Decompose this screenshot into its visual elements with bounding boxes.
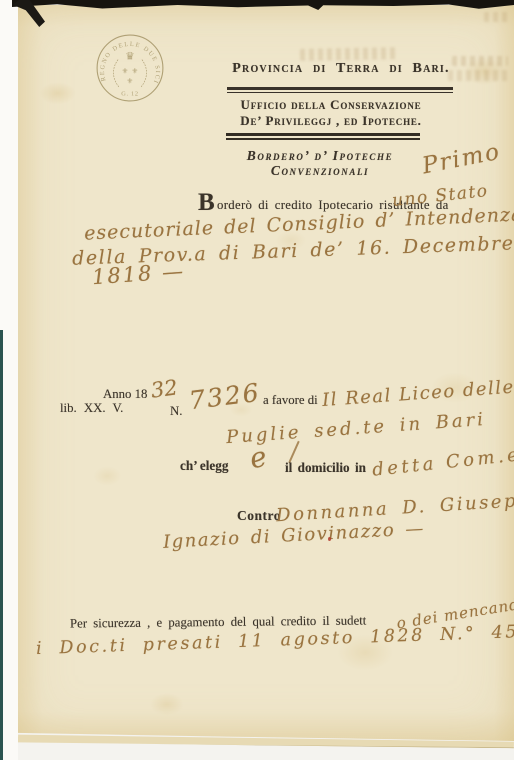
office-line2: De’ Privileggj , ed Ipoteche. [230,114,432,128]
red-ink-speck [328,537,331,541]
contro-label: Contro [237,509,281,523]
crown-icon: ♛ [125,51,134,63]
favore-label: a favore di [263,394,318,407]
domicilio-label: il domicilio in [285,461,366,475]
bleedthrough-smudge [484,12,510,22]
bleedthrough-smudge [448,70,508,81]
scan-left-edge-line [0,330,3,760]
seal-value: G. 12 [121,90,139,97]
office-line1: Ufficio della Conservazione [230,98,432,112]
wreath-left [113,60,118,87]
wreath-right [141,60,146,87]
doc-title-line2: Convenzionali [230,164,410,178]
bleedthrough-smudge [452,56,508,66]
intro-initial: B [198,190,215,216]
elegg-label: ch’ elegg [180,459,228,473]
anno-label: Anno 18 [103,388,147,401]
fleur-de-lis-icon: ⚜ [127,76,134,85]
fleur-de-lis-icon: ⚜ [122,67,129,76]
header-rule-2 [226,133,420,140]
bleedthrough-smudge [300,47,396,61]
handwritten-anno-value: 32 [150,377,179,402]
header-rule [227,87,453,93]
province-title: Provincia di Terra di Bari. [228,62,454,77]
fleur-de-lis-icon: ⚜ [131,67,138,76]
doc-title-line1: Bordero’ d’ Ipoteche [230,149,410,163]
num-label: N. [170,405,182,418]
revenue-stamp-seal: REGNO DELLE DUE SICILIE ♛ ⚜ ⚜ ⚜ G. 12 [95,33,165,103]
lib-label: lib. XX. V. [60,402,123,415]
